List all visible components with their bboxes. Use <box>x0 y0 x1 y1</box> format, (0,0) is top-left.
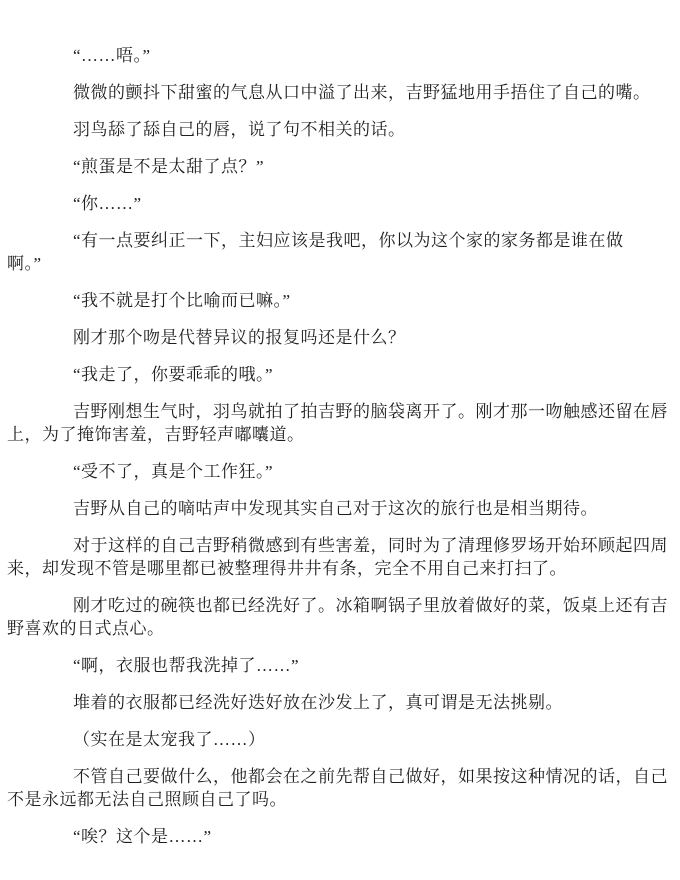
paragraph: （实在是太宠我了……） <box>7 728 673 751</box>
paragraph-first-line: 刚才吃过的碗筷也都已经洗好了。冰箱啊锅子里放着做好的菜，饭桌上还有吉 <box>7 594 673 617</box>
paragraph-first-line: 吉野刚想生气时，羽鸟就拍了拍吉野的脑袋离开了。刚才那一吻触感还留在唇 <box>7 400 673 423</box>
paragraph-first-line: 微微的颤抖下甜蜜的气息从口中溢了出来，吉野猛地用手捂住了自己的嘴。 <box>7 81 673 104</box>
paragraph: 羽鸟舔了舔自己的唇，说了句不相关的话。 <box>7 118 673 141</box>
paragraph: 对于这样的自己吉野稍微感到有些害羞，同时为了清理修罗场开始环顾起四周来，却发现不… <box>7 534 673 580</box>
paragraph: 吉野刚想生气时，羽鸟就拍了拍吉野的脑袋离开了。刚才那一吻触感还留在唇上，为了掩饰… <box>7 400 673 446</box>
paragraph: “唉？这个是……” <box>7 825 673 848</box>
paragraph-first-line: “我走了，你要乖乖的哦。” <box>7 363 673 386</box>
paragraph-first-line: “……唔。” <box>7 44 673 67</box>
paragraph: 吉野从自己的嘀咕声中发现其实自己对于这次的旅行也是相当期待。 <box>7 497 673 520</box>
paragraph-wrap-line: 不是永远都无法自己照顾自己了吗。 <box>7 788 673 811</box>
paragraph-wrap-line: 啊。” <box>7 252 673 275</box>
paragraph: 不管自己要做什么，他都会在之前先帮自己做好，如果按这种情况的话，自己不是永远都无… <box>7 765 673 811</box>
paragraph-first-line: 不管自己要做什么，他都会在之前先帮自己做好，如果按这种情况的话，自己 <box>7 765 673 788</box>
paragraph: 刚才吃过的碗筷也都已经洗好了。冰箱啊锅子里放着做好的菜，饭桌上还有吉野喜欢的日式… <box>7 594 673 640</box>
paragraph: 堆着的衣服都已经洗好迭好放在沙发上了，真可谓是无法挑剔。 <box>7 691 673 714</box>
paragraph-wrap-line: 来，却发现不管是哪里都已被整理得井井有条，完全不用自己来打扫了。 <box>7 557 673 580</box>
paragraph: “有一点要纠正一下，主妇应该是我吧，你以为这个家的家务都是谁在做啊。” <box>7 229 673 275</box>
paragraph: “受不了，真是个工作狂。” <box>7 460 673 483</box>
paragraph-first-line: “有一点要纠正一下，主妇应该是我吧，你以为这个家的家务都是谁在做 <box>7 229 673 252</box>
paragraph-first-line: “啊，衣服也帮我洗掉了……” <box>7 654 673 677</box>
novel-text-page: “……唔。”微微的颤抖下甜蜜的气息从口中溢了出来，吉野猛地用手捂住了自己的嘴。羽… <box>0 0 680 880</box>
paragraph: “啊，衣服也帮我洗掉了……” <box>7 654 673 677</box>
paragraph-wrap-line: 上，为了掩饰害羞，吉野轻声嘟囔道。 <box>7 423 673 446</box>
paragraph: “我不就是打个比喻而已嘛。” <box>7 289 673 312</box>
paragraph-first-line: 刚才那个吻是代替异议的报复吗还是什么？ <box>7 326 673 349</box>
paragraph-first-line: “你……” <box>7 192 673 215</box>
paragraph-first-line: （实在是太宠我了……） <box>7 728 673 751</box>
paragraph: 刚才那个吻是代替异议的报复吗还是什么？ <box>7 326 673 349</box>
paragraph: “我走了，你要乖乖的哦。” <box>7 363 673 386</box>
paragraph-first-line: 堆着的衣服都已经洗好迭好放在沙发上了，真可谓是无法挑剔。 <box>7 691 673 714</box>
paragraph-first-line: “受不了，真是个工作狂。” <box>7 460 673 483</box>
paragraph-first-line: “我不就是打个比喻而已嘛。” <box>7 289 673 312</box>
paragraph-first-line: 羽鸟舔了舔自己的唇，说了句不相关的话。 <box>7 118 673 141</box>
paragraph: 微微的颤抖下甜蜜的气息从口中溢了出来，吉野猛地用手捂住了自己的嘴。 <box>7 81 673 104</box>
paragraph-first-line: 吉野从自己的嘀咕声中发现其实自己对于这次的旅行也是相当期待。 <box>7 497 673 520</box>
paragraph-wrap-line: 野喜欢的日式点心。 <box>7 617 673 640</box>
paragraph: “你……” <box>7 192 673 215</box>
paragraph: “……唔。” <box>7 44 673 67</box>
paragraph-first-line: “唉？这个是……” <box>7 825 673 848</box>
paragraph: “煎蛋是不是太甜了点？” <box>7 155 673 178</box>
paragraph-first-line: 对于这样的自己吉野稍微感到有些害羞，同时为了清理修罗场开始环顾起四周 <box>7 534 673 557</box>
document-body: “……唔。”微微的颤抖下甜蜜的气息从口中溢了出来，吉野猛地用手捂住了自己的嘴。羽… <box>7 44 673 848</box>
paragraph-first-line: “煎蛋是不是太甜了点？” <box>7 155 673 178</box>
